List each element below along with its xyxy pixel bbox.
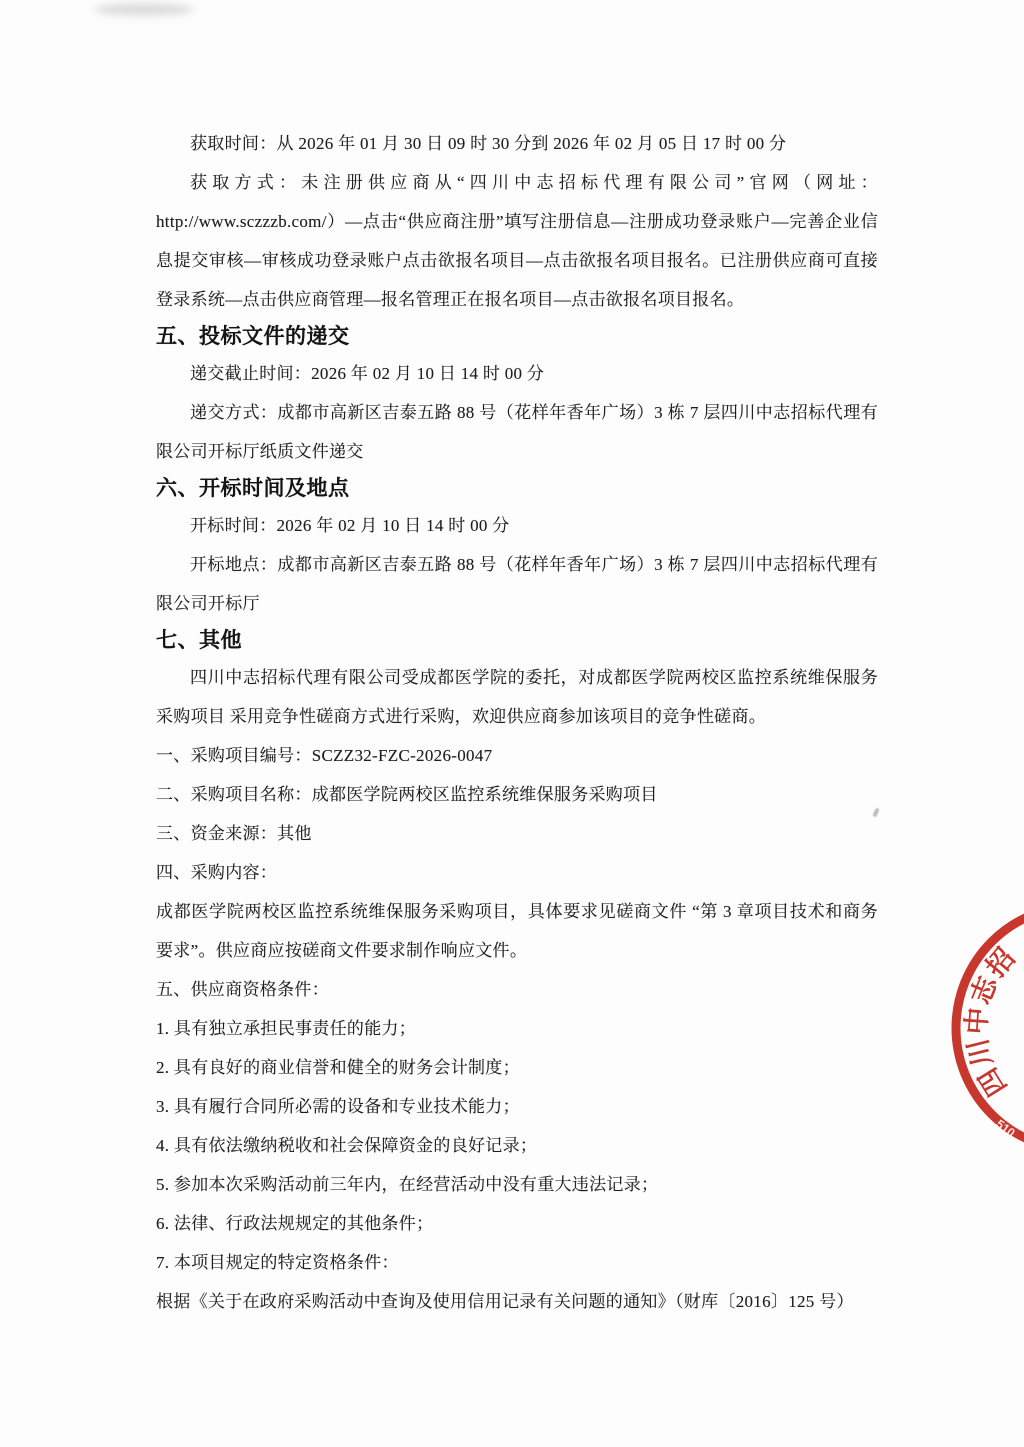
para-submission-deadline: 递交截止时间：2026 年 02 月 10 日 14 时 00 分 xyxy=(156,354,878,393)
para-acquire-time: 获取时间：从 2026 年 01 月 30 日 09 时 30 分到 2026 … xyxy=(156,124,878,163)
document-content: 获取时间：从 2026 年 01 月 30 日 09 时 30 分到 2026 … xyxy=(156,124,878,1321)
heading-bid-opening: 六、开标时间及地点 xyxy=(156,471,878,506)
list-item-5: 5. 参加本次采购活动前三年内，在经营活动中没有重大违法记录； xyxy=(156,1165,878,1204)
stamp-character: 中 xyxy=(961,1006,993,1035)
stamp-graphic: 招 志 中 川 四 510 xyxy=(928,898,1024,1170)
stamp-character: 川 xyxy=(962,1036,998,1069)
company-seal-stamp: 招 志 中 川 四 510 xyxy=(928,898,1024,1170)
heading-bid-submission: 五、投标文件的递交 xyxy=(156,319,878,354)
para-credit-notice: 根据《关于在政府采购活动中查询及使用信用记录有关问题的通知》（财库〔2016〕1… xyxy=(156,1282,878,1321)
para-fund-source: 三、资金来源：其他 xyxy=(156,814,878,853)
para-opening-time: 开标时间：2026 年 02 月 10 日 14 时 00 分 xyxy=(156,506,878,545)
document-page: 获取时间：从 2026 年 01 月 30 日 09 时 30 分到 2026 … xyxy=(0,0,1024,1447)
list-item-4: 4. 具有依法缴纳税收和社会保障资金的良好记录； xyxy=(156,1126,878,1165)
list-item-6: 6. 法律、行政法规规定的其他条件； xyxy=(156,1204,878,1243)
list-item-1: 1. 具有独立承担民事责任的能力； xyxy=(156,1009,878,1048)
para-submission-method: 递交方式：成都市高新区吉泰五路 88 号（花样年香年广场）3 栋 7 层四川中志… xyxy=(156,393,878,471)
para-project-intro: 四川中志招标代理有限公司受成都医学院的委托，对成都医学院两校区监控系统维保服务采… xyxy=(156,658,878,736)
para-content-detail: 成都医学院两校区监控系统维保服务采购项目，具体要求见磋商文件 “第 3 章项目技… xyxy=(156,892,878,970)
para-project-name: 二、采购项目名称：成都医学院两校区监控系统维保服务采购项目 xyxy=(156,775,878,814)
heading-other: 七、其他 xyxy=(156,623,878,658)
scan-smudge xyxy=(94,3,194,16)
para-acquire-method: 获取方式：未注册供应商从“四川中志招标代理有限公司”官网（网址：http://w… xyxy=(156,163,878,319)
para-procurement-content: 四、采购内容： xyxy=(156,853,878,892)
para-qualification-title: 五、供应商资格条件： xyxy=(156,970,878,1009)
para-project-number: 一、采购项目编号：SCZZ32-FZC-2026-0047 xyxy=(156,736,878,775)
list-item-2: 2. 具有良好的商业信誉和健全的财务会计制度； xyxy=(156,1048,878,1087)
list-item-3: 3. 具有履行合同所必需的设备和专业技术能力； xyxy=(156,1087,878,1126)
para-opening-place: 开标地点：成都市高新区吉泰五路 88 号（花样年香年广场）3 栋 7 层四川中志… xyxy=(156,545,878,623)
list-item-7: 7. 本项目规定的特定资格条件： xyxy=(156,1243,878,1282)
